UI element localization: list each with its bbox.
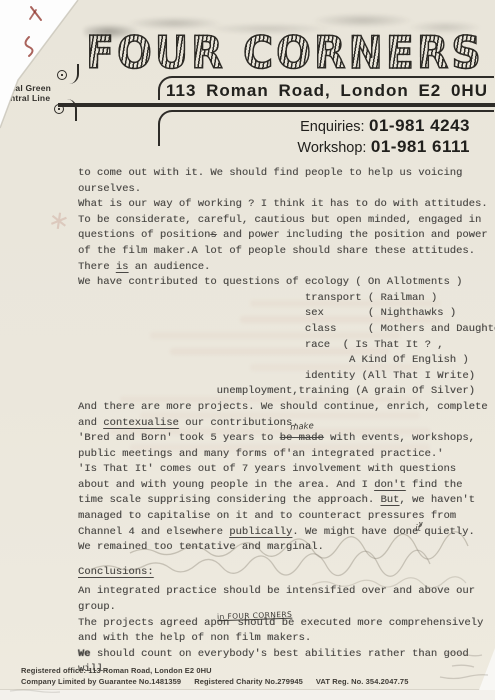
- scanned-letter-page: ∗ FOUR CORNERS 113 Roman Road, London E2…: [0, 0, 495, 700]
- red-pen-marks: [0, 0, 120, 120]
